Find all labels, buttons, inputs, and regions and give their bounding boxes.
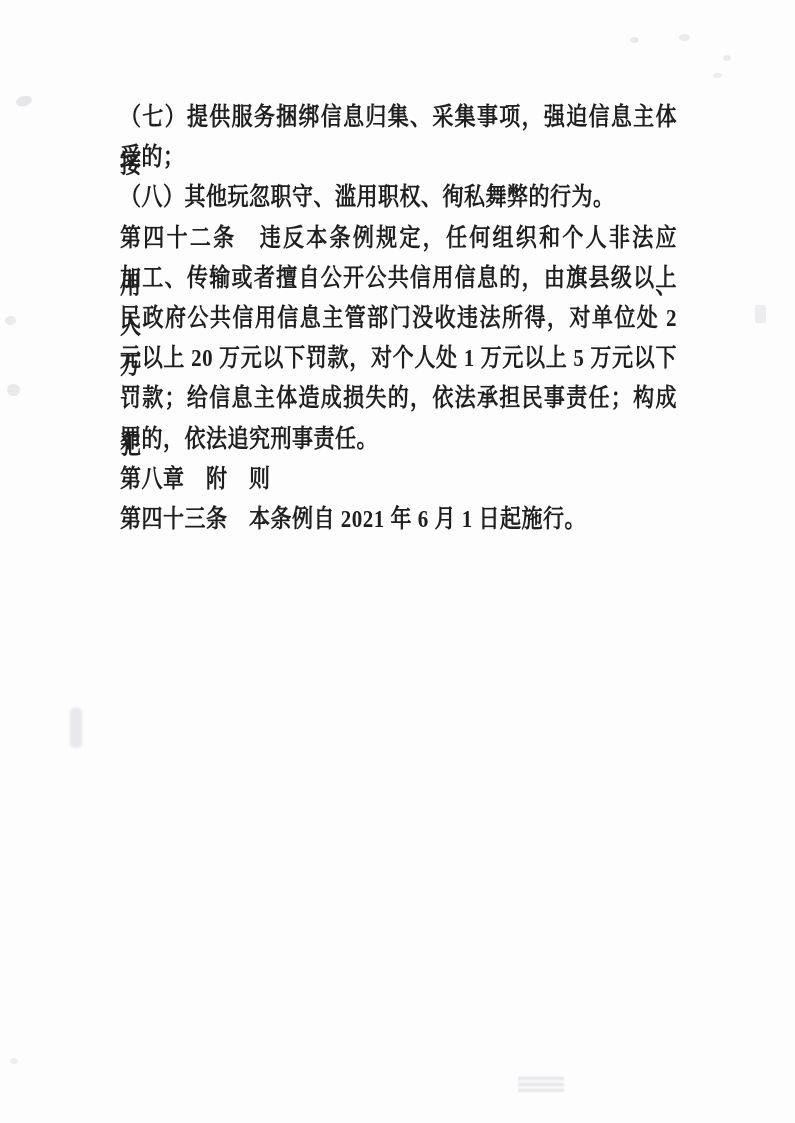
scan-artifact (10, 1058, 18, 1064)
scan-artifact (713, 73, 722, 78)
scan-artifact (15, 94, 33, 108)
text-line: 第四十三条 本条例自 2021 年 6 月 1 日起施行。 (120, 495, 677, 542)
scan-artifact (723, 55, 731, 61)
document-text-block: （七）提供服务捆绑信息归集、采集事项，强迫信息主体接受的；（八）其他玩忽职守、滥… (120, 97, 677, 539)
scan-artifact (679, 34, 690, 41)
scan-artifact (7, 384, 20, 396)
scan-artifact (5, 316, 16, 325)
scan-artifact (630, 37, 639, 43)
footer-scan-artifact (518, 1076, 564, 1092)
scanned-document-page: （七）提供服务捆绑信息归集、采集事项，强迫信息主体接受的；（八）其他玩忽职守、滥… (0, 0, 795, 1123)
scan-artifact (70, 708, 82, 748)
scan-artifact (755, 305, 766, 323)
